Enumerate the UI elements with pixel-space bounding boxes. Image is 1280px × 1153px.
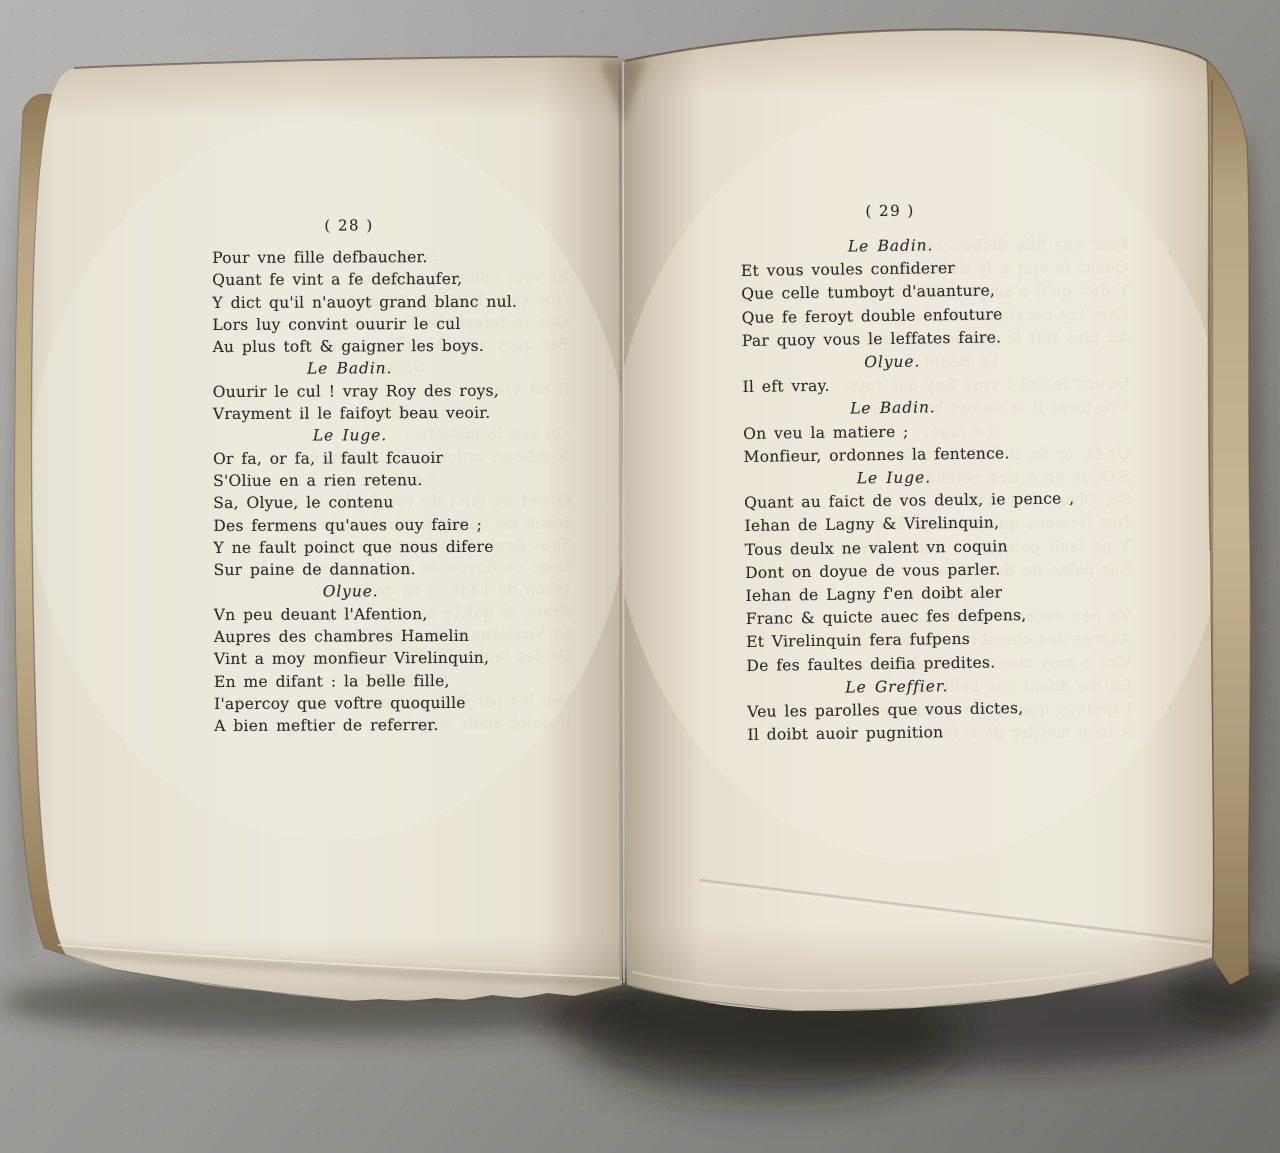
fore-edge-right bbox=[1207, 60, 1250, 985]
speaker-heading: Olyue. bbox=[214, 580, 488, 603]
book-artwork bbox=[0, 0, 1280, 1153]
verse-line: A bien meftier de referrer. bbox=[214, 714, 488, 737]
verse-line: Quant fe vint a fe defchaufer, bbox=[212, 268, 486, 291]
verse-line: Or fa, or fa, il fault fcauoir bbox=[213, 446, 487, 469]
verse-line: Vrayment il le faifoyt beau veoir. bbox=[213, 402, 487, 425]
verse-line: Lors luy convint ouurir le cul bbox=[212, 313, 486, 336]
verse-line: Veu les parolles que vous dictes, bbox=[747, 697, 1047, 724]
page-number-right: ( 29 ) bbox=[740, 198, 1040, 224]
verse-line: Vn peu deuant l'Afention, bbox=[214, 603, 488, 626]
verse-line: Franc & quicte auec fes defpens, bbox=[746, 604, 1046, 631]
speaker-heading: Le Iuge. bbox=[213, 424, 487, 447]
verse-line: Par quoy vous le leffates faire. bbox=[742, 326, 1042, 353]
verse-line: Vint a moy monfieur Virelinquin, bbox=[214, 647, 488, 670]
left-page-text: ( 28 ) Pour vne fille defbaucher.Quant f… bbox=[212, 214, 488, 738]
book-photo: Le Badin.Et vous voules confidererQue ce… bbox=[0, 0, 1280, 1153]
verse-line: Sa, Olyue, le contenu bbox=[213, 491, 487, 514]
verse-line: Sur paine de dannation. bbox=[214, 558, 488, 581]
verse-line: En me difant : la belle fille, bbox=[214, 669, 488, 692]
right-page-text: ( 29 ) Le Badin.Et vous voules confidere… bbox=[740, 198, 1048, 748]
verse-line: Monfieur, ordonnes la fentence. bbox=[743, 442, 1043, 469]
verse-line: Aupres des chambres Hamelin bbox=[214, 625, 488, 648]
verse-line: Pour vne fille defbaucher. bbox=[212, 246, 486, 269]
left-page-lines: Pour vne fille defbaucher.Quant fe vint … bbox=[212, 246, 488, 738]
verse-line: S'Oliue en a rien retenu. bbox=[213, 469, 487, 492]
verse-line: Ouurir le cul ! vray Roy des roys, bbox=[213, 380, 487, 403]
verse-line: Au plus toft & gaigner les boys. bbox=[213, 335, 487, 358]
right-page-lines: Le Badin.Et vous voules confidererQue ce… bbox=[740, 233, 1047, 748]
speaker-heading: Le Badin. bbox=[213, 357, 487, 380]
verse-line: I'apercoy que voftre quoquille bbox=[214, 692, 488, 715]
verse-line: Y ne fault poinct que nous difere bbox=[213, 536, 487, 559]
verse-line: Y dict qu'il n'auoyt grand blanc nul. bbox=[212, 290, 486, 313]
page-number-left: ( 28 ) bbox=[212, 214, 486, 237]
verse-line: Il doibt auoir pugnition bbox=[747, 720, 1047, 747]
verse-line: Quant au faict de vos deulx, ie pence , bbox=[744, 488, 1044, 515]
verse-line: Des fermens qu'aues ouy faire ; bbox=[213, 513, 487, 536]
